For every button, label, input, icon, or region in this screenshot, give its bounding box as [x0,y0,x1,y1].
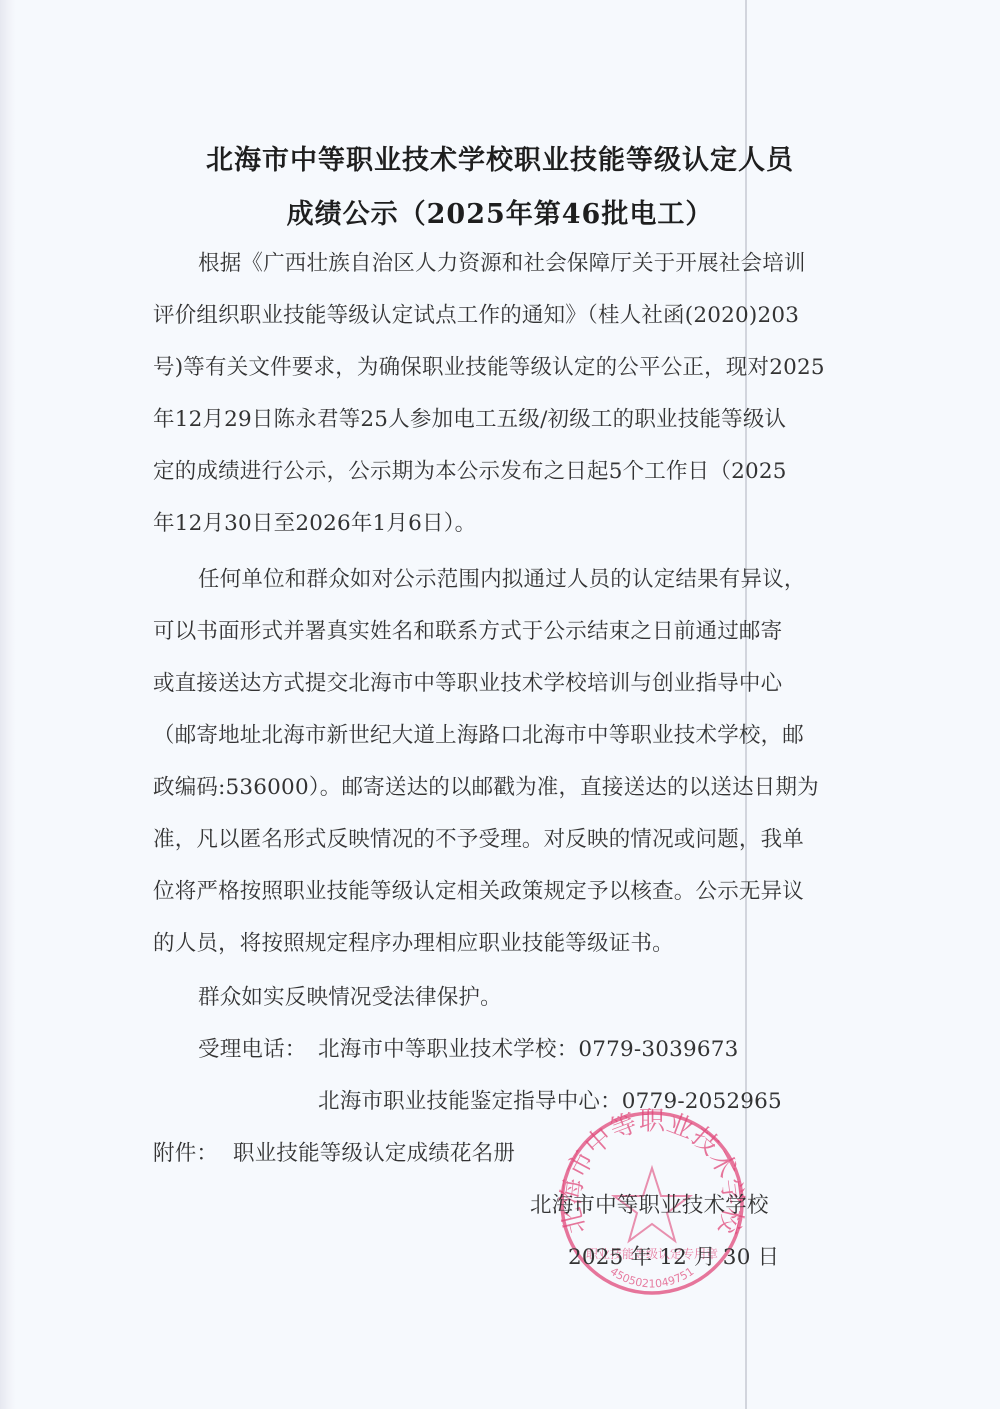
paragraph1-line: 评价组织职业技能等级认定试点工作的通知》（桂人社函(2020)203 [153,298,799,329]
paragraph2-line: （邮寄地址北海市新世纪大道上海路口北海市中等职业技术学校，邮 [153,718,804,749]
paragraph2-line: 或直接送达方式提交北海市中等职业技术学校培训与创业指导中心 [153,666,782,697]
attachment-label: 附件： [153,1136,218,1167]
document-title-line2: 成绩公示（2025年第46批电工） [0,192,1000,231]
paragraph2-line: 准，凡以匿名形式反映情况的不予受理。对反映的情况或问题，我单 [153,822,804,853]
document-title-line1: 北海市中等职业技术学校职业技能等级认定人员 [0,138,1000,177]
signing-date: 2025 年 12 月 30 日 [568,1240,779,1271]
paragraph1-line: 定的成绩进行公示，公示期为本公示发布之日起5个工作日（2025 [153,454,787,485]
paragraph1-line: 号)等有关文件要求，为确保职业技能等级认定的公平公正，现对2025 [153,350,825,381]
paragraph2-line: 政编码:536000）。邮寄送达的以邮戳为准，直接送达的以送达日期为 [153,770,819,801]
paragraph2-line: 可以书面形式并署真实姓名和联系方式于公示结束之日前通过邮寄 [153,614,782,645]
legal-protection-note: 群众如实反映情况受法律保护。 [198,980,502,1011]
paragraph1-line: 年12月29日陈永君等25人参加电工五级/初级工的职业技能等级认 [153,402,786,433]
signing-organization: 北海市中等职业技术学校 [530,1188,769,1219]
paragraph1-line: 根据《广西壮族自治区人力资源和社会保障厅关于开展社会培训 [198,246,806,277]
paragraph2-line: 的人员，将按照规定程序办理相应职业技能等级证书。 [153,926,674,957]
contact-school-phone: 北海市中等职业技术学校：0779-3039673 [318,1032,739,1063]
paragraph2-line: 任何单位和群众如对公示范围内拟通过人员的认定结果有异议， [198,562,806,593]
paragraph1-line: 年12月30日至2026年1月6日）。 [153,506,476,537]
contact-label: 受理电话： [198,1032,307,1063]
paragraph2-line: 位将严格按照职业技能等级认定相关政策规定予以核查。公示无异议 [153,874,804,905]
attachment-name: 职业技能等级认定成绩花名册 [233,1136,515,1167]
